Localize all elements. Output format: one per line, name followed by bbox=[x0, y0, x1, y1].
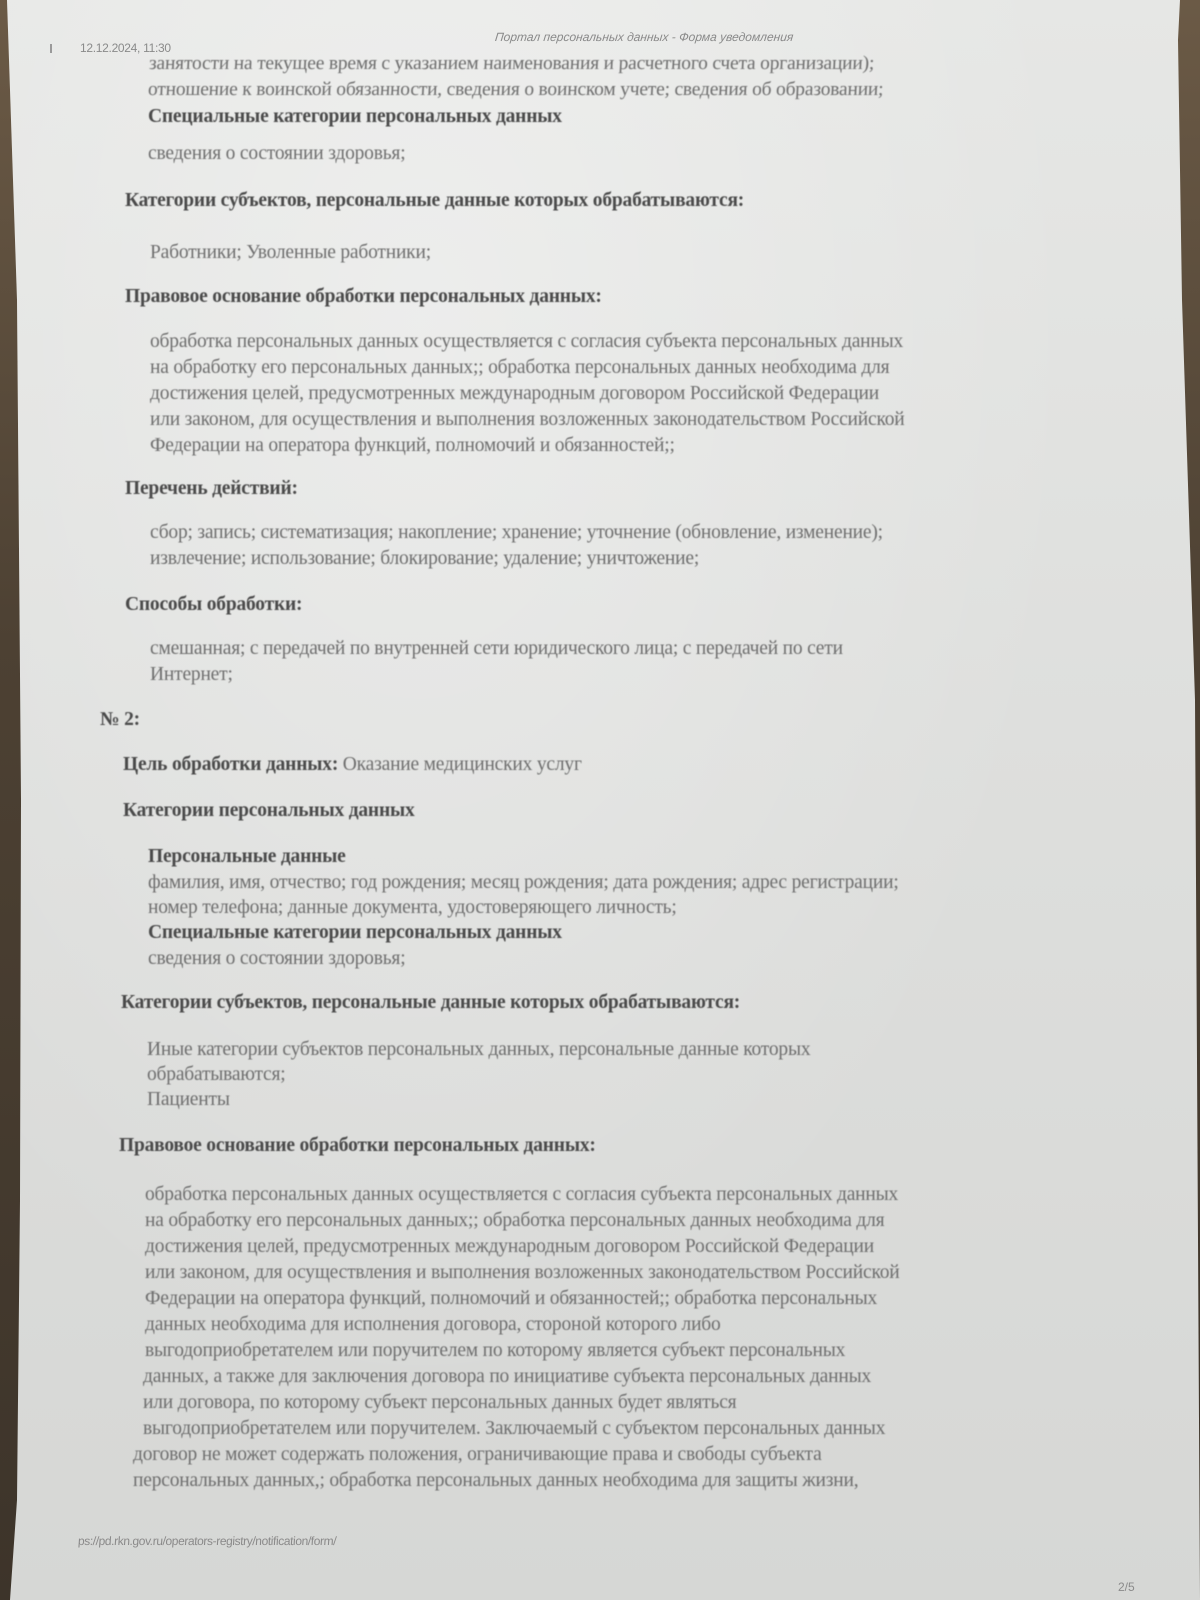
body-text: номер телефона; данные документа, удосто… bbox=[148, 895, 677, 921]
body-text: на обработку его персональных данных;; о… bbox=[145, 1208, 884, 1234]
body-text: фамилия, имя, отчество; год рождения; ме… bbox=[148, 870, 899, 896]
body-text: обрабатываются; bbox=[147, 1062, 286, 1088]
purpose-label: Цель обработки данных: bbox=[123, 754, 338, 775]
sub-heading: Персональные данные bbox=[148, 844, 346, 870]
document-body: занятости на текущее время с указанием н… bbox=[0, 0, 1200, 1600]
body-text: договор не может содержать положения, ог… bbox=[133, 1442, 822, 1468]
section-heading: Категории персональных данных bbox=[123, 798, 415, 824]
body-text: Федерации на оператора функций, полномоч… bbox=[150, 433, 675, 459]
body-text: занятости на текущее время с указанием н… bbox=[148, 51, 875, 77]
section-heading: Категории субъектов, персональные данные… bbox=[121, 990, 740, 1016]
body-text: Пациенты bbox=[147, 1087, 230, 1113]
body-text: на обработку его персональных данных;; о… bbox=[150, 355, 889, 381]
body-text: или законом, для осуществления и выполне… bbox=[150, 407, 905, 433]
body-text: сбор; запись; систематизация; накопление… bbox=[150, 520, 883, 546]
section-heading: Категории субъектов, персональные данные… bbox=[125, 188, 744, 214]
page-number: 2/5 bbox=[1118, 1580, 1135, 1594]
section-heading: Правовое основание обработки персональны… bbox=[119, 1133, 596, 1159]
body-text: или договора, по которому субъект персон… bbox=[143, 1390, 736, 1416]
body-text: достижения целей, предусмотренных междун… bbox=[145, 1234, 874, 1260]
body-text: смешанная; с передачей по внутренней сет… bbox=[150, 636, 843, 662]
print-url: ps://pd.rkn.gov.ru/operators-registry/no… bbox=[78, 1534, 337, 1548]
body-text: выгодоприобретателем или поручителем. За… bbox=[143, 1416, 885, 1442]
body-text: отношение к воинской обязанности, сведен… bbox=[147, 77, 884, 103]
section-heading: Специальные категории персональных данны… bbox=[148, 104, 562, 130]
body-text: данных, а также для заключения договора … bbox=[143, 1364, 871, 1390]
body-text: сведения о состоянии здоровья; bbox=[148, 141, 405, 167]
body-text: выгодоприобретателем или поручителем по … bbox=[145, 1338, 845, 1364]
section-heading: Перечень действий: bbox=[125, 476, 298, 502]
body-text: достижения целей, предусмотренных междун… bbox=[150, 381, 879, 407]
body-text: Иные категории субъектов персональных да… bbox=[147, 1037, 810, 1063]
body-text: данных необходима для исполнения договор… bbox=[145, 1312, 721, 1338]
section-heading: Правовое основание обработки персональны… bbox=[125, 284, 602, 310]
body-text: обработка персональных данных осуществля… bbox=[145, 1182, 898, 1208]
body-text: Работники; Уволенные работники; bbox=[150, 240, 431, 266]
section-heading: Способы обработки: bbox=[125, 592, 302, 618]
printed-page: 12.12.2024, 11:30 Портал персональных да… bbox=[0, 0, 1200, 1600]
body-text: Интернет; bbox=[150, 662, 233, 688]
photo-background: 12.12.2024, 11:30 Портал персональных да… bbox=[0, 0, 1200, 1600]
body-text: Федерации на оператора функций, полномоч… bbox=[145, 1286, 877, 1312]
body-text: персональных данных,; обработка персонал… bbox=[133, 1468, 858, 1494]
purpose-value: Оказание медицинских услуг bbox=[343, 754, 582, 775]
sub-heading: Специальные категории персональных данны… bbox=[148, 920, 562, 946]
body-text: или законом, для осуществления и выполне… bbox=[145, 1260, 900, 1286]
body-text: сведения о состоянии здоровья; bbox=[148, 946, 405, 972]
body-text: обработка персональных данных осуществля… bbox=[150, 329, 903, 355]
item-number: № 2: bbox=[100, 707, 140, 733]
purpose-row: Цель обработки данных: Оказание медицинс… bbox=[123, 752, 582, 778]
body-text: извлечение; использование; блокирование;… bbox=[150, 546, 699, 572]
